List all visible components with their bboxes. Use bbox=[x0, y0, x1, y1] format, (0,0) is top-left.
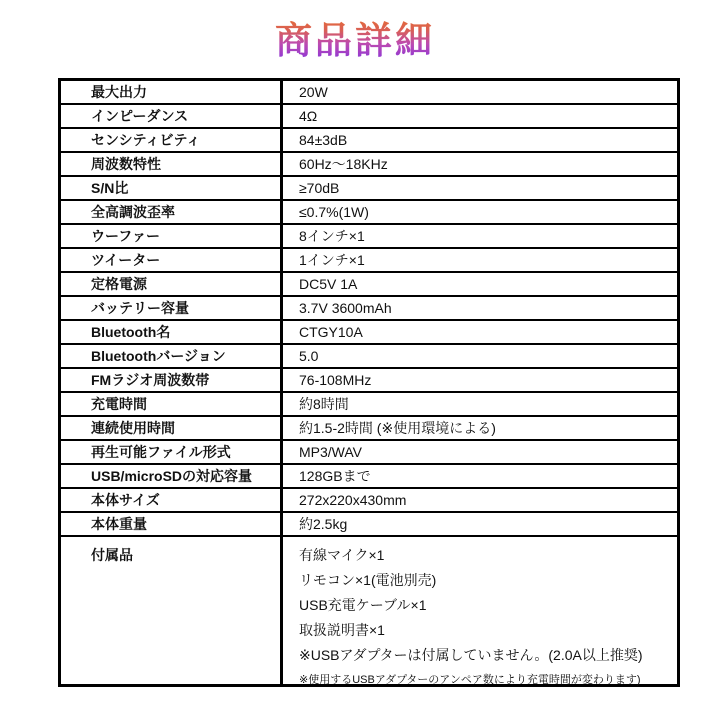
table-row: ウーファー8インチ×1 bbox=[61, 225, 677, 249]
accessory-line: 取扱説明書×1 bbox=[299, 618, 677, 643]
spec-label: 周波数特性 bbox=[61, 153, 283, 177]
spec-label: 本体サイズ bbox=[61, 489, 283, 513]
table-row: 全高調波歪率≤0.7%(1W) bbox=[61, 201, 677, 225]
spec-label: USB/microSDの対応容量 bbox=[61, 465, 283, 489]
spec-label: 定格電源 bbox=[61, 273, 283, 297]
table-row: Bluetooth名CTGY10A bbox=[61, 321, 677, 345]
spec-value: DC5V 1A bbox=[283, 273, 677, 297]
spec-label: 充電時間 bbox=[61, 393, 283, 417]
spec-value: ≤0.7%(1W) bbox=[283, 201, 677, 225]
spec-label: 最大出力 bbox=[61, 81, 283, 105]
accessory-line: リモコン×1(電池別売) bbox=[299, 568, 677, 593]
table-row: Bluetoothバージョン5.0 bbox=[61, 345, 677, 369]
table-row: 定格電源DC5V 1A bbox=[61, 273, 677, 297]
spec-value: 76-108MHz bbox=[283, 369, 677, 393]
spec-label: バッテリー容量 bbox=[61, 297, 283, 321]
spec-value: 約8時間 bbox=[283, 393, 677, 417]
spec-label: S/N比 bbox=[61, 177, 283, 201]
table-row: 再生可能ファイル形式MP3/WAV bbox=[61, 441, 677, 465]
spec-label: 全高調波歪率 bbox=[61, 201, 283, 225]
spec-value: CTGY10A bbox=[283, 321, 677, 345]
spec-value: 20W bbox=[283, 81, 677, 105]
spec-label: ツイーター bbox=[61, 249, 283, 273]
spec-label: 付属品 bbox=[61, 537, 283, 684]
spec-label: インピーダンス bbox=[61, 105, 283, 129]
table-row: 本体重量約2.5kg bbox=[61, 513, 677, 537]
spec-label: FMラジオ周波数帯 bbox=[61, 369, 283, 393]
spec-value: 8インチ×1 bbox=[283, 225, 677, 249]
table-row: S/N比≥70dB bbox=[61, 177, 677, 201]
spec-value: 約2.5kg bbox=[283, 513, 677, 537]
table-row: インピーダンス4Ω bbox=[61, 105, 677, 129]
accessory-line: USB充電ケーブル×1 bbox=[299, 593, 677, 618]
table-row: 最大出力20W bbox=[61, 81, 677, 105]
spec-label: 本体重量 bbox=[61, 513, 283, 537]
spec-label: 再生可能ファイル形式 bbox=[61, 441, 283, 465]
spec-value: 272x220x430mm bbox=[283, 489, 677, 513]
spec-value: 128GBまで bbox=[283, 465, 677, 489]
accessories-value-cell: 有線マイク×1 リモコン×1(電池別売) USB充電ケーブル×1 取扱説明書×1… bbox=[283, 537, 677, 684]
table-row-accessories: 付属品 有線マイク×1 リモコン×1(電池別売) USB充電ケーブル×1 取扱説… bbox=[61, 537, 677, 684]
spec-value: 約1.5-2時間 (※使用環境による) bbox=[283, 417, 677, 441]
table-row: 充電時間約8時間 bbox=[61, 393, 677, 417]
spec-label: Bluetoothバージョン bbox=[61, 345, 283, 369]
spec-value: MP3/WAV bbox=[283, 441, 677, 465]
spec-value: 1インチ×1 bbox=[283, 249, 677, 273]
table-row: バッテリー容量3.7V 3600mAh bbox=[61, 297, 677, 321]
accessory-small-note: ※使用するUSBアダプターのアンペア数により充電時間が変わります) bbox=[299, 668, 677, 692]
table-row: センシティビティ84±3dB bbox=[61, 129, 677, 153]
spec-table: 最大出力20W インピーダンス4Ω センシティビティ84±3dB 周波数特性60… bbox=[58, 78, 680, 687]
table-row: 連続使用時間約1.5-2時間 (※使用環境による) bbox=[61, 417, 677, 441]
table-row: USB/microSDの対応容量128GBまで bbox=[61, 465, 677, 489]
spec-value: 84±3dB bbox=[283, 129, 677, 153]
spec-label: ウーファー bbox=[61, 225, 283, 249]
spec-label: Bluetooth名 bbox=[61, 321, 283, 345]
table-row: 本体サイズ272x220x430mm bbox=[61, 489, 677, 513]
page-title: 商品詳細 bbox=[0, 10, 710, 64]
spec-label: 連続使用時間 bbox=[61, 417, 283, 441]
table-row: 周波数特性60Hz〜18KHz bbox=[61, 153, 677, 177]
spec-value: 5.0 bbox=[283, 345, 677, 369]
table-row: FMラジオ周波数帯76-108MHz bbox=[61, 369, 677, 393]
spec-value: 4Ω bbox=[283, 105, 677, 129]
table-row: ツイーター1インチ×1 bbox=[61, 249, 677, 273]
spec-value: 60Hz〜18KHz bbox=[283, 153, 677, 177]
accessory-note: ※USBアダプターは付属していません。(2.0A以上推奨) bbox=[299, 643, 677, 668]
spec-value: ≥70dB bbox=[283, 177, 677, 201]
spec-value: 3.7V 3600mAh bbox=[283, 297, 677, 321]
spec-label: センシティビティ bbox=[61, 129, 283, 153]
accessory-line: 有線マイク×1 bbox=[299, 543, 677, 568]
